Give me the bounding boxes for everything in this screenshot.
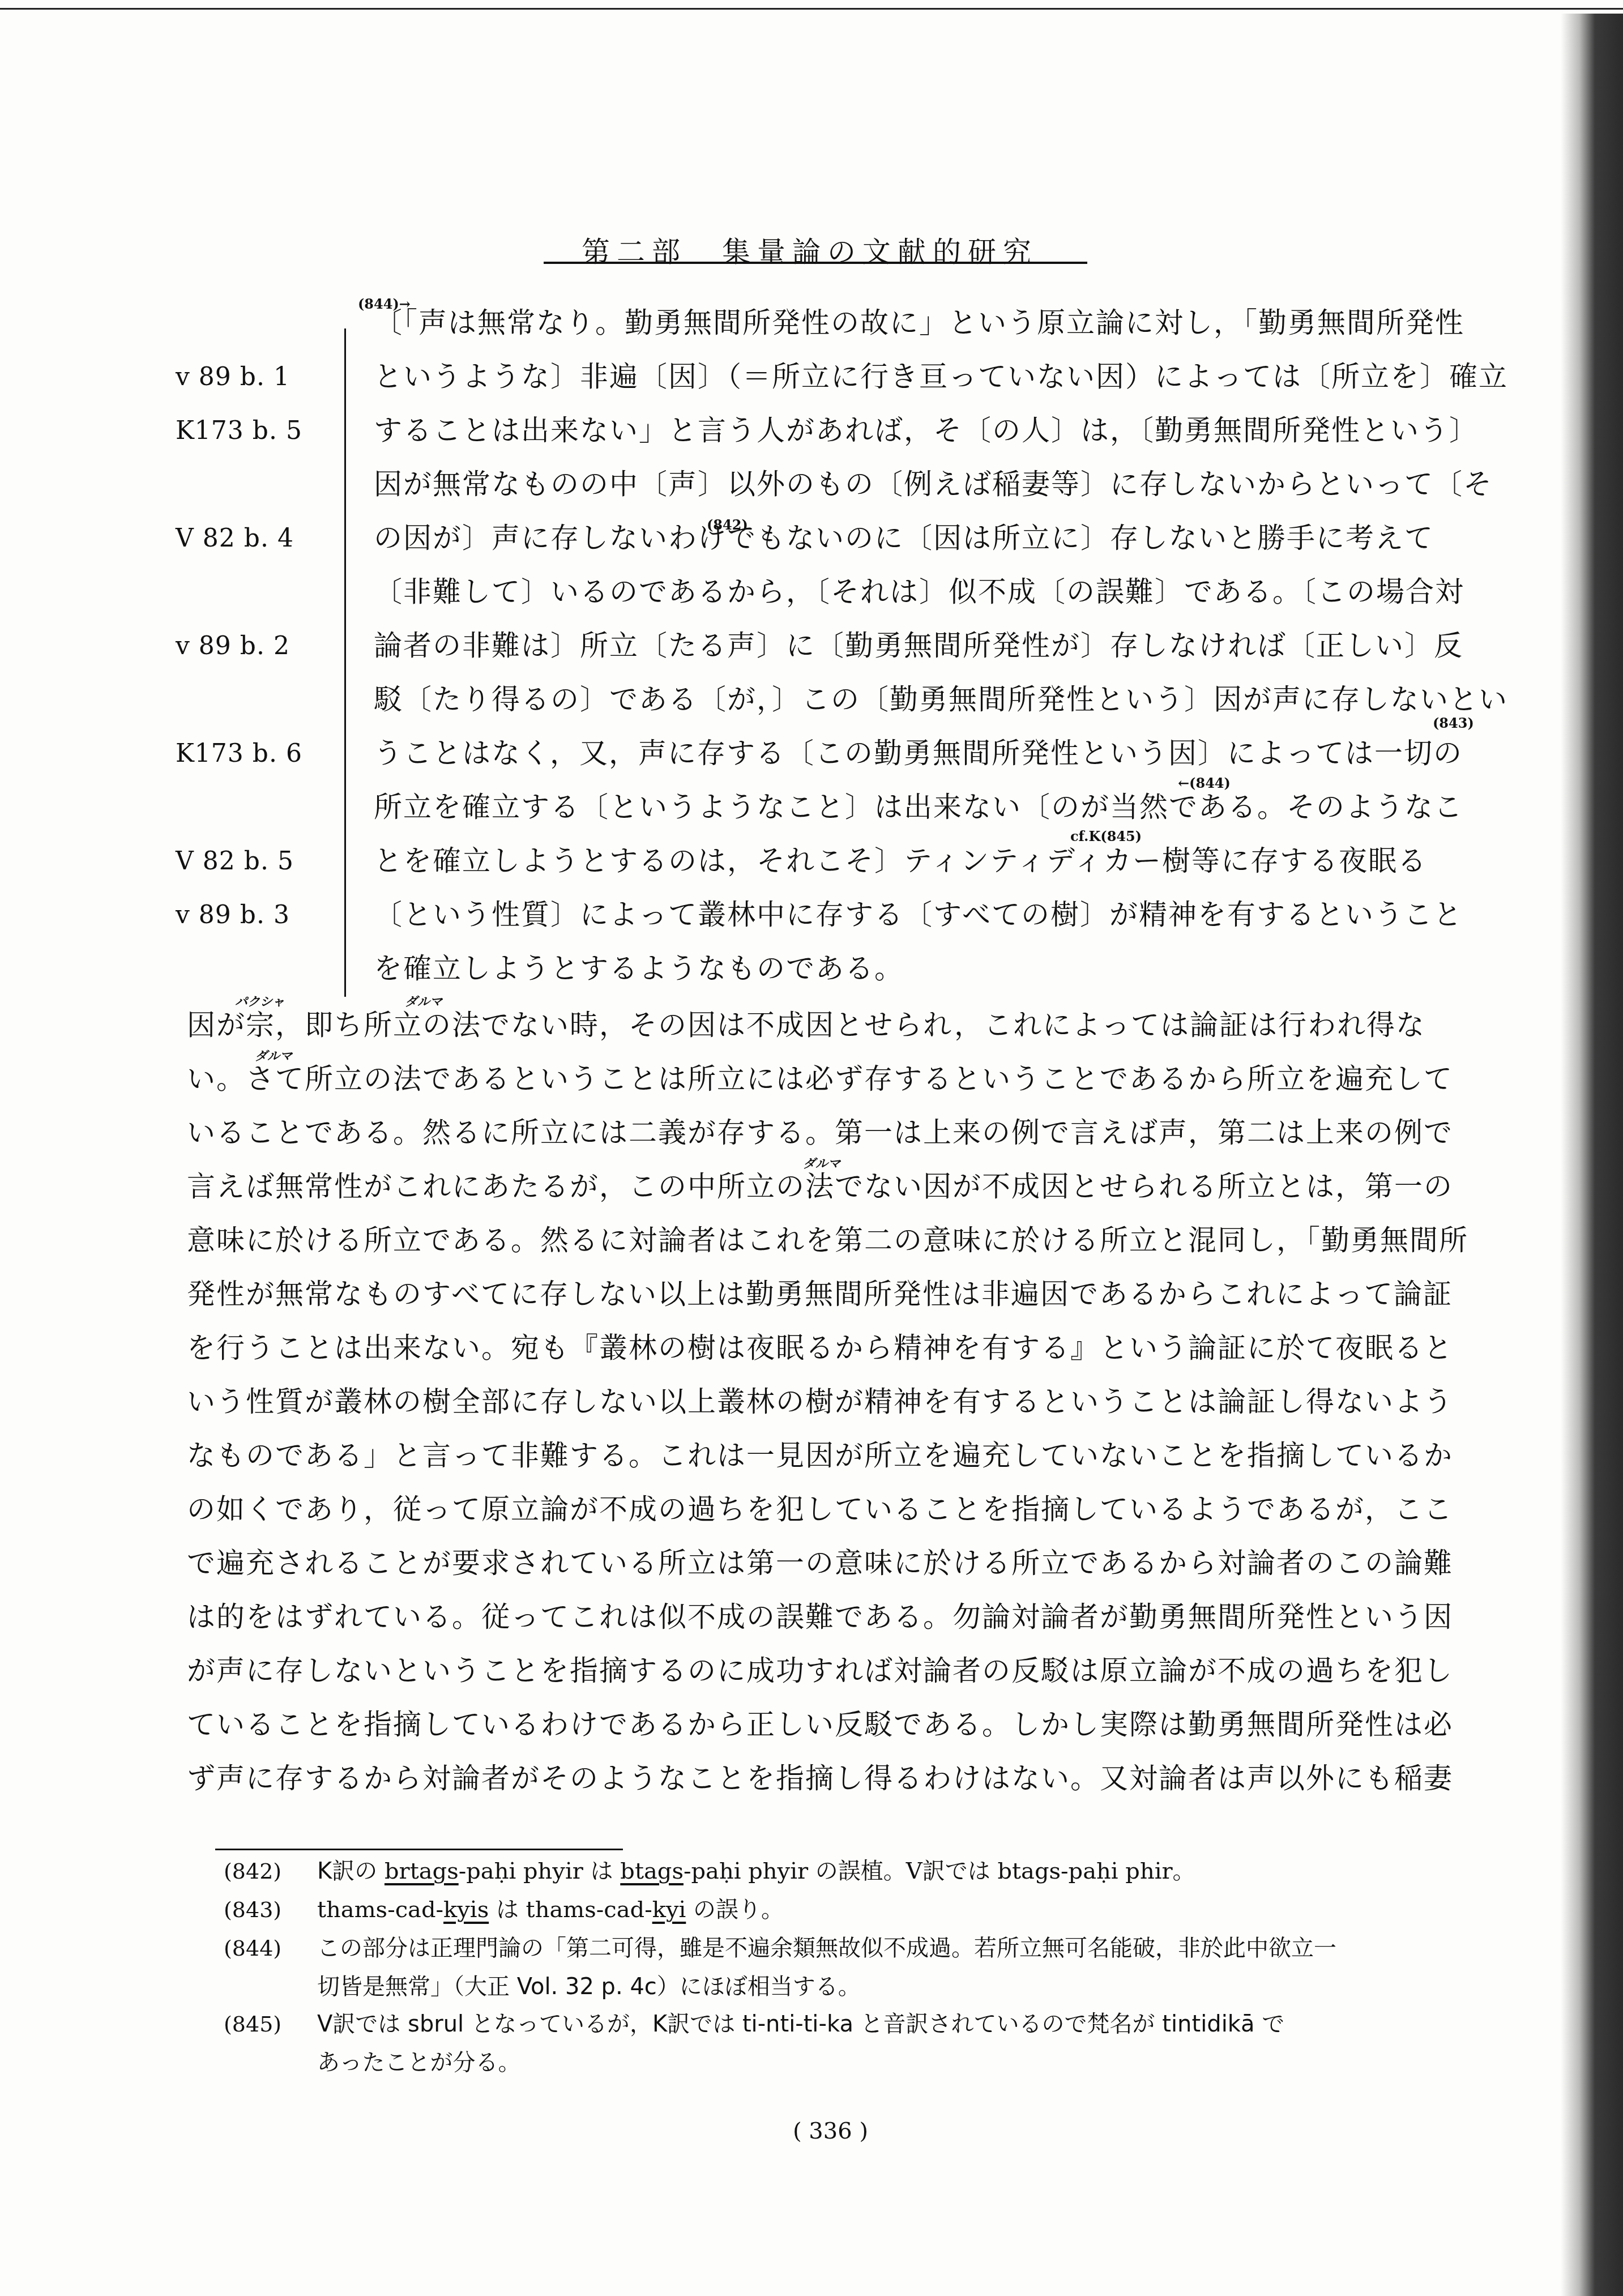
quote-line: の因が〕声に存しないわけでもないのに〔因は所立に〕存しないと勝手に考えて bbox=[374, 521, 1467, 555]
footnote-845-line: V訳では sbrul となっているが，K訳では ti-nti-ti-ka と音訳… bbox=[317, 2011, 1284, 2038]
footnote-number: (842) bbox=[224, 1859, 281, 1884]
body-line: いることである。然るに所立には二義が存する。第一は上来の例で言えば声，第二は上来… bbox=[187, 1116, 1484, 1150]
scan-top-edge bbox=[0, 8, 1623, 10]
quote-line: を確立しようとするようなものである。 bbox=[374, 951, 1467, 985]
body-line: い。さて所立の法であるということは所立には必ず存するということであるから所立を遍… bbox=[187, 1062, 1484, 1096]
margin-reference: v 89 b. 1 bbox=[176, 362, 334, 391]
scan-binding-shadow bbox=[1561, 14, 1623, 2296]
body-line: ていることを指摘しているわけであるから正しい反駁である。しかし実際は勤勇無間所発… bbox=[187, 1708, 1484, 1742]
body-line: が声に存しないということを指摘するのに成功すれば対論者の反駁は原立論が不成の過ち… bbox=[187, 1654, 1484, 1688]
quote-line: 駁〔たり得るの〕である〔が，〕この〔勤勇無間所発性という〕因が声に存しないとい bbox=[374, 682, 1467, 716]
footnote-number: (844) bbox=[224, 1936, 281, 1961]
footnote-844-line: 切皆是無常」（大正 Vol. 32 p. 4c）にほぼ相当する。 bbox=[317, 1973, 861, 2000]
footnote-number: (845) bbox=[224, 2012, 281, 2037]
body-line: いう性質が叢林の樹全部に存しない以上叢林の樹が精神を有するということは論証し得な… bbox=[187, 1385, 1484, 1419]
footnote-845-line: あったことが分る。 bbox=[317, 2049, 521, 2076]
body-line: は的をはずれている。従ってこれは似不成の誤難である。勿論対論者が勤勇無間所発性と… bbox=[187, 1600, 1484, 1634]
footnote-844-line: この部分は正理門論の「第二可得，雖是不遍余類無故似不成過。若所立無可名能破，非於… bbox=[317, 1935, 1336, 1962]
footnote-marker-845: cf.K(845) bbox=[1070, 828, 1142, 844]
quote-line: とを確立しようとするのは，それこそ〕ティンティディカー樹等に存する夜眠る bbox=[374, 844, 1467, 878]
footnote-separator bbox=[215, 1849, 623, 1850]
body-line: ず声に存するから対論者がそのようなことを指摘し得るわけはない。又対論者は声以外に… bbox=[187, 1761, 1484, 1795]
underlined-term: brtags bbox=[385, 1858, 459, 1884]
running-head-underline bbox=[544, 262, 1087, 264]
quote-line: 論者の非難は〕所立〔たる声〕に〔勤勇無間所発性が〕存しなければ〔正しい〕反 bbox=[374, 629, 1467, 663]
footnote-marker-844-end: ←(844) bbox=[1178, 775, 1231, 791]
quote-line: 〔「声は無常なり。勤勇無間所発性の故に」という原立論に対し，「勤勇無間所発性 bbox=[374, 306, 1467, 340]
quote-line: することは出来ない」と言う人があれば，そ〔の人〕は，〔勤勇無間所発性という〕 bbox=[374, 413, 1467, 447]
quote-line: 〔非難して〕いるのであるから，〔それは〕似不成〔の誤難〕である。〔この場合対 bbox=[374, 575, 1467, 609]
ruby-dharma: ダルマ bbox=[405, 992, 442, 1010]
quote-line: 因が無常なものの中〔声〕以外のもの〔例えば稲妻等〕に存しないからといって〔そ bbox=[374, 467, 1467, 501]
body-line: 発性が無常なものすべてに存しない以上は勤勇無間所発性は非遍因であるからこれによっ… bbox=[187, 1277, 1484, 1311]
body-line: を行うことは出来ない。宛も『叢林の樹は夜眠るから精神を有する』という論証に於て夜… bbox=[187, 1331, 1484, 1365]
margin-divider-rule bbox=[344, 328, 346, 997]
body-line: 意味に於ける所立である。然るに対論者はこれを第二の意味に於ける所立と混同し，「勤… bbox=[187, 1223, 1484, 1257]
quote-line: 〔という性質〕によって叢林中に存する〔すべての樹〕が精神を有するということ bbox=[374, 898, 1467, 932]
quote-line: うことはなく，又，声に存する〔この勤勇無間所発性という因〕によっては一切の bbox=[374, 736, 1467, 770]
footnote-843: thams-cad-kyis は thams-cad-kyi の誤り。 bbox=[317, 1896, 784, 1923]
footnote-number: (843) bbox=[224, 1897, 281, 1922]
body-line: なものである」と言って非難する。これは一見因が所立を遍充していないことを指摘して… bbox=[187, 1439, 1484, 1473]
footnote-marker-843: (843) bbox=[1433, 715, 1474, 731]
underlined-term: kyis bbox=[443, 1897, 489, 1923]
margin-reference: v 89 b. 2 bbox=[176, 631, 334, 660]
page-number: ( 336 ) bbox=[793, 2118, 868, 2144]
body-line: 言えば無常性がこれにあたるが，この中所立の法でない因が不成因とせられる所立とは，… bbox=[187, 1170, 1484, 1204]
margin-reference: v 89 b. 3 bbox=[176, 901, 334, 929]
quote-line: 所立を確立する〔というようなこと〕は出来ない〔のが当然である。そのようなこ bbox=[374, 790, 1467, 824]
running-head: 第二部 集量論の文献的研究 bbox=[566, 229, 1053, 270]
body-line: の如くであり，従って原立論が不成の過ちを犯していることを指摘しているようであるが… bbox=[187, 1492, 1484, 1526]
margin-reference: V 82 b. 5 bbox=[176, 847, 334, 876]
margin-reference: K173 b. 6 bbox=[176, 739, 334, 768]
underlined-term: kyi bbox=[652, 1897, 686, 1923]
underlined-term: btags bbox=[620, 1858, 684, 1884]
quote-line: というような〕非遍〔因〕（＝所立に行き亘っていない因）によっては〔所立を〕確立 bbox=[374, 360, 1467, 394]
margin-reference: K173 b. 5 bbox=[176, 416, 334, 445]
footnote-842: K訳の brtags-paḥi phyir は btags-paḥi phyir… bbox=[317, 1858, 1195, 1885]
body-line: で遍充されることが要求されている所立は第一の意味に於ける所立であるから対論者のこ… bbox=[187, 1546, 1484, 1580]
margin-reference: V 82 b. 4 bbox=[176, 524, 334, 553]
body-line: 因が宗，即ち所立の法でない時，その因は不成因とせられ，これによっては論証は行われ… bbox=[187, 1008, 1484, 1042]
ruby-paksha: パクシャ bbox=[235, 992, 285, 1010]
